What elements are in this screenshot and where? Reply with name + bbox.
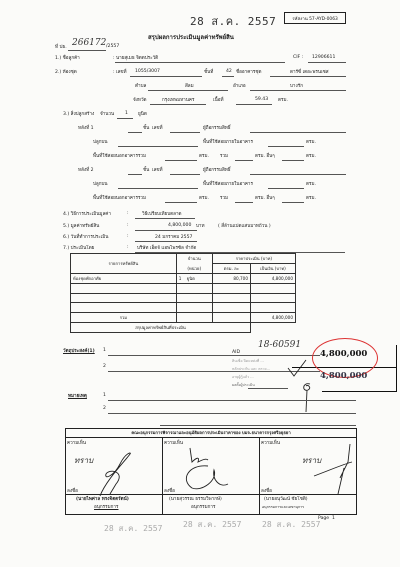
table-summary-row: สรุปมูลค่าทรัพย์สินที่ประเมิน <box>71 322 296 332</box>
doc-number-suffix: /2557 <box>106 44 119 49</box>
building-2-owner-label: ผู้ถือกรรมสิทธิ์ <box>203 167 231 174</box>
member-role: อนุกรรมการ <box>191 504 215 511</box>
date-value: 24 มกราคม 2557 <box>155 234 192 241</box>
building-2-inner-unit: ตรม. <box>306 181 316 188</box>
opinion-text: ทราบ <box>74 454 93 467</box>
document-title: สรุปผลการประเมินมูลค่าทรัพย์สิน <box>148 32 234 42</box>
buildings-count-unit: ยูนิต <box>138 111 147 118</box>
building-1-floors-label: ชั้น <box>143 125 149 132</box>
condo-label: 2.) ห้องชุด <box>55 69 77 76</box>
row-amount <box>251 303 296 313</box>
appraiser-label: 7.) ประเมินโดย <box>63 245 94 252</box>
building-label: ชื่ออาคารชุด <box>236 69 261 76</box>
unit-label: : เลขที่ <box>113 69 127 76</box>
building-1-age-label: ปลูกบน <box>93 139 108 146</box>
aid-label: AID <box>232 350 240 355</box>
row-item <box>71 284 177 294</box>
row-amount: 4,800,000 <box>251 274 296 284</box>
building-1-outer-area-label: พื้นที่ใช้สอยนอกอาคารรวม <box>93 153 146 160</box>
building-1-label: หลังที่ 1 <box>78 125 94 132</box>
table-total-row: รวม 4,800,000 <box>71 312 296 322</box>
receipt-stamp-2: 28 ส.ค. 2557 <box>183 518 241 531</box>
province-label: จังหวัด <box>133 97 147 104</box>
col-item-header: รายการทรัพย์สิน <box>71 254 177 274</box>
subdistrict-label: ตำบล <box>135 83 146 90</box>
col-qty-unit-header: (หน่วย) <box>176 264 212 274</box>
job-code-box: รหัสงาน 57-AYD-0063 <box>284 12 346 24</box>
page-label: Page 1 <box>318 516 335 521</box>
handwritten-code: 18-60591 <box>258 340 301 350</box>
floor-value: 42 <box>226 69 232 74</box>
row-qty: 1 <box>179 276 182 281</box>
unit-value: 1055/3007 <box>135 69 160 74</box>
document-page: 28 ส.ค. 2557 รหัสงาน 57-AYD-0063 สรุปผลก… <box>0 0 400 567</box>
table-row <box>71 293 296 303</box>
colon: : <box>127 223 129 228</box>
floor-label: ชั้นที่ <box>204 69 213 76</box>
row-item <box>71 303 177 313</box>
colon: : <box>127 211 129 216</box>
member-name: (นายอนุวัฒน์ ชัยโชติ) <box>264 496 308 503</box>
table-row <box>71 303 296 313</box>
cif-value: 12906611 <box>312 55 335 60</box>
col-price-group-header: ราคาประเมิน (บาท) <box>212 254 295 264</box>
approval-label: วัตถุประสงค์(1) <box>63 348 95 355</box>
row-qty <box>176 293 212 303</box>
receipt-stamp-1: 28 ส.ค. 2557 <box>104 522 162 535</box>
appraiser-value: บริษัท เอ็ดจ์ แอพไพรซัล จำกัด <box>137 245 196 252</box>
building-1-owner-label: ผู้ถือกรรมสิทธิ์ <box>203 125 231 132</box>
opinion-label: ความเห็น <box>67 440 86 447</box>
building-2-age-label: ปลูกบน <box>93 181 108 188</box>
cif-label: CIF : <box>293 55 303 60</box>
date-label: 6.) วันที่ทำการประเมิน <box>63 234 108 241</box>
signature-icon <box>96 450 136 500</box>
committee-header: คณะอนุกรรมการพิจารณาและอนุมัติผลการประเม… <box>66 429 356 438</box>
row-qty <box>176 303 212 313</box>
approval-note-2: หลักประกัน และ ตรวจ... <box>232 366 270 372</box>
value-amount: 4,800,000 <box>168 223 191 228</box>
area-unit: ตรม. <box>278 97 288 104</box>
committee-member-2: ความเห็น ลงชื่อ (นายสุวรรณ ธรรมวิพากษ์) … <box>163 438 260 515</box>
row-amount <box>251 284 296 294</box>
approval-line2-no: 2 <box>103 364 106 369</box>
colon: : <box>127 234 129 239</box>
row-unit: ยูนิต <box>187 276 195 281</box>
member-role: อนุกรรมการและเลขานุการ <box>262 504 304 510</box>
row-per-sqm <box>212 293 250 303</box>
customer-name: : นายสุเมธ จิตตประวัติ <box>113 55 158 62</box>
member-name: (นายไพศาล ทรงจิตตรัตน์) <box>76 496 129 503</box>
remarks-label: หมายเหตุ <box>68 393 87 400</box>
building-1-no-label: เลขที่ <box>152 125 163 132</box>
signature-icon <box>178 444 238 492</box>
building-2-total-label: รวม <box>220 195 228 202</box>
doc-number-label: ที่ ปธ. <box>55 44 67 51</box>
province-value: กรุงเทพมหานคร <box>162 97 194 104</box>
checkmark-signature-icon <box>286 358 310 380</box>
approved-amount-bottom: 4,800,000 <box>320 371 367 381</box>
remarks-line2-no: 2 <box>103 406 106 411</box>
row-item <box>71 293 177 303</box>
total-label: รวม <box>71 312 177 322</box>
building-1-total-label: รวม <box>220 153 228 160</box>
table-row <box>71 284 296 294</box>
row-per-sqm <box>212 303 250 313</box>
district-label: อำเภอ <box>233 83 246 90</box>
area-value: 59.43 <box>255 97 268 102</box>
valuation-table: รายการทรัพย์สิน จำนวน ราคาประเมิน (บาท) … <box>70 253 296 333</box>
building-2-other-unit: ตรม. <box>306 195 316 202</box>
remarks-line1-no: 1 <box>103 393 106 398</box>
date-stamp: 28 ส.ค. 2557 <box>190 12 276 30</box>
committee-box: คณะอนุกรรมการพิจารณาและอนุมัติผลการประเม… <box>65 428 357 515</box>
summary-label: สรุปมูลค่าทรัพย์สินที่ประเมิน <box>71 322 251 332</box>
buildings-count-label: จำนวน <box>100 111 114 118</box>
buildings-label: 3.) สิ่งปลูกสร้าง <box>63 111 94 118</box>
method-value: วิธีเปรียบเทียบตลาด <box>142 211 182 218</box>
doc-number-handwritten: 266172 <box>72 38 106 48</box>
table-row: ห้องชุดพักอาศัย 1 ยูนิต 80,700 4,800,000 <box>71 274 296 284</box>
row-item: ห้องชุดพักอาศัย <box>71 274 177 284</box>
value-note: ( สี่ล้านแปดแสนบาทถ้วน ) <box>218 223 271 230</box>
building-1-inner-unit: ตรม. <box>306 139 316 146</box>
building-2-floors-label: ชั้น <box>143 167 149 174</box>
building-value: ดาร์ซี่ เดอะพรนเซส <box>290 69 329 76</box>
value-label: 5.) มูลค่าทรัพย์สิน <box>63 223 99 230</box>
buildings-count-value: 1 <box>125 111 128 116</box>
value-unit: บาท <box>196 223 205 230</box>
member-role: อนุกรรมการ <box>94 504 118 511</box>
building-1-other-unit: ตรม. <box>306 153 316 160</box>
area-label: เนื้อที่ <box>213 97 224 104</box>
col-qty-header: จำนวน <box>176 254 212 264</box>
total-amount: 4,800,000 <box>251 312 296 322</box>
building-2-no-label: เลขที่ <box>152 167 163 174</box>
building-1-other-label: ตรม. อื่นๆ <box>255 153 275 160</box>
approved-amount-top: 4,800,000 <box>320 349 367 359</box>
building-2-label: หลังที่ 2 <box>78 167 94 174</box>
colon: : <box>127 245 129 250</box>
subdistrict-value: สีลม <box>185 83 194 90</box>
page-text: Page <box>318 516 329 521</box>
building-2-outer-unit: ตรม. <box>199 195 209 202</box>
page-number: 1 <box>332 516 335 521</box>
approval-note-3: อายุผู้กู้แล้ว ... <box>232 374 254 380</box>
committee-member-1: ความเห็น ทราบ ลงชื่อ (นายไพศาล ทรงจิตตรั… <box>66 438 163 515</box>
district-value: บางรัก <box>290 83 303 90</box>
col-per-sqm-header: ตรม. ละ <box>212 264 250 274</box>
col-amount-header: เป็นเงิน (บาท) <box>251 264 296 274</box>
approval-line1-no: 1 <box>103 348 106 353</box>
building-2-outer-area-label: พื้นที่ใช้สอยนอกอาคารรวม <box>93 195 146 202</box>
method-label: 4.) วิธีการประเมินมูลค่า <box>63 211 111 218</box>
building-2-other-label: ตรม. อื่นๆ <box>255 195 275 202</box>
opinion-label: ความเห็น <box>261 440 280 447</box>
building-1-outer-unit: ตรม. <box>199 153 209 160</box>
row-qty <box>176 284 212 294</box>
row-amount <box>251 293 296 303</box>
initial-signature-icon <box>300 380 314 414</box>
building-1-inner-area-label: พื้นที่ใช้สอยภายในอาคาร <box>203 139 253 146</box>
member-name: (นายสุวรรณ ธรรมวิพากษ์) <box>169 496 222 503</box>
row-per-sqm <box>212 284 250 294</box>
receipt-stamp-3: 28 ส.ค. 2557 <box>262 518 320 531</box>
approval-note-1: สินเชื่อ ปิดแหล่งที่ ... <box>232 358 264 364</box>
committee-member-3: ความเห็น ทราบ ลงชื่อ (นายอนุวัฒน์ ชัยโชต… <box>260 438 356 515</box>
row-per-sqm: 80,700 <box>212 274 250 284</box>
building-2-inner-area-label: พื้นที่ใช้สอยภายในอาคาร <box>203 181 253 188</box>
signature-icon <box>310 442 356 498</box>
customer-label: 1.) ชื่อลูกค้า <box>55 55 80 62</box>
